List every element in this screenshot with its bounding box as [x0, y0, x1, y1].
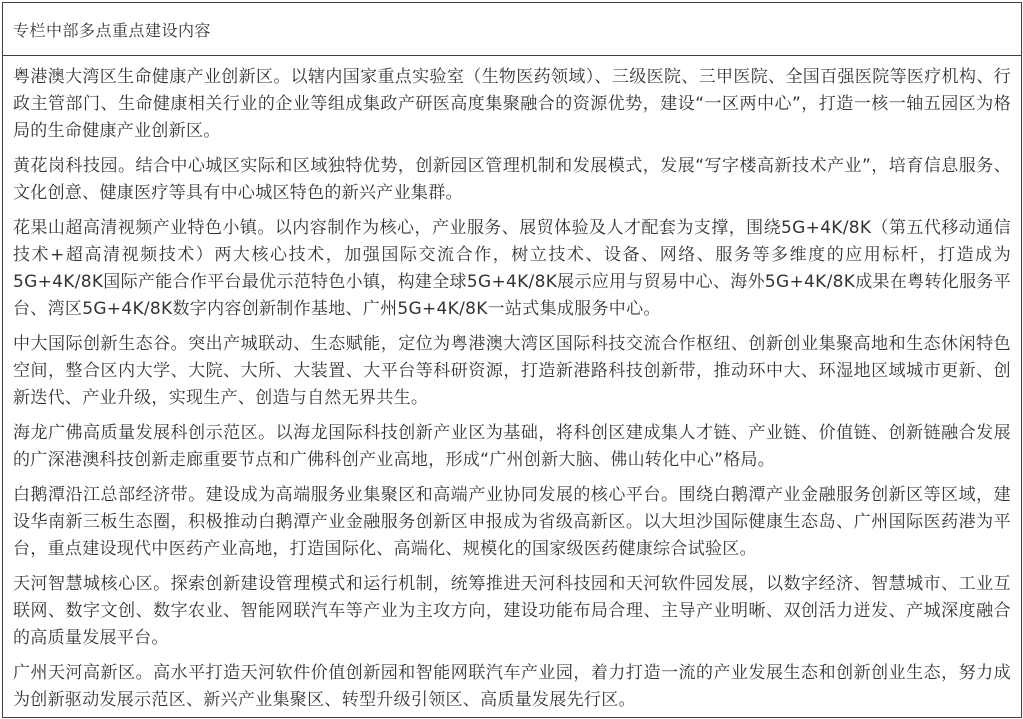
paragraph-tianhe-smart-city-core-area: 天河智慧城核心区。探索创新建设管理模式和运行机制，统筹推进天河科技园和天河软件园…	[13, 571, 1011, 652]
feature-column-panel: 专栏中部多点重点建设内容 粤港澳大湾区生命健康产业创新区。以辖内国家重点实验室（…	[2, 2, 1022, 718]
paragraph-huaguoshan-uhd-video-town: 花果山超高清视频产业特色小镇。以内容制作为核心，产业服务、展贸体验及人才配套为支…	[13, 215, 1011, 323]
panel-header: 专栏中部多点重点建设内容	[3, 3, 1021, 56]
paragraph-zhongda-international-innovation-eco-valley: 中大国际创新生态谷。突出产城联动、生态赋能，定位为粤港澳大湾区国际科技交流合作枢…	[13, 331, 1011, 412]
paragraph-hailong-guangfo-sci-innovation-demo-zone: 海龙广佛高质量发展科创示范区。以海龙国际科技创新产业区为基础，将科创区建成集人才…	[13, 420, 1011, 474]
paragraph-gba-life-health-innovation-zone: 粤港澳大湾区生命健康产业创新区。以辖内国家重点实验室（生物医药领域）、三级医院、…	[13, 64, 1011, 145]
paragraph-guangzhou-tianhe-hightech-zone: 广州天河高新区。高水平打造天河软件价值创新园和智能网联汽车产业园，着力打造一流的…	[13, 660, 1011, 714]
paragraph-huanghuagang-science-park: 黄花岗科技园。结合中心城区实际和区域独特优势，创新园区管理机制和发展模式，发展“…	[13, 153, 1011, 207]
panel-body: 粤港澳大湾区生命健康产业创新区。以辖内国家重点实验室（生物医药领域）、三级医院、…	[3, 56, 1021, 714]
paragraph-baietan-riverside-hq-economic-belt: 白鹅潭沿江总部经济带。建设成为高端服务业集聚区和高端产业协同发展的核心平台。围绕…	[13, 482, 1011, 563]
document-page: 专栏中部多点重点建设内容 粤港澳大湾区生命健康产业创新区。以辖内国家重点实验室（…	[0, 0, 1023, 719]
panel-title: 专栏中部多点重点建设内容	[13, 18, 1011, 41]
